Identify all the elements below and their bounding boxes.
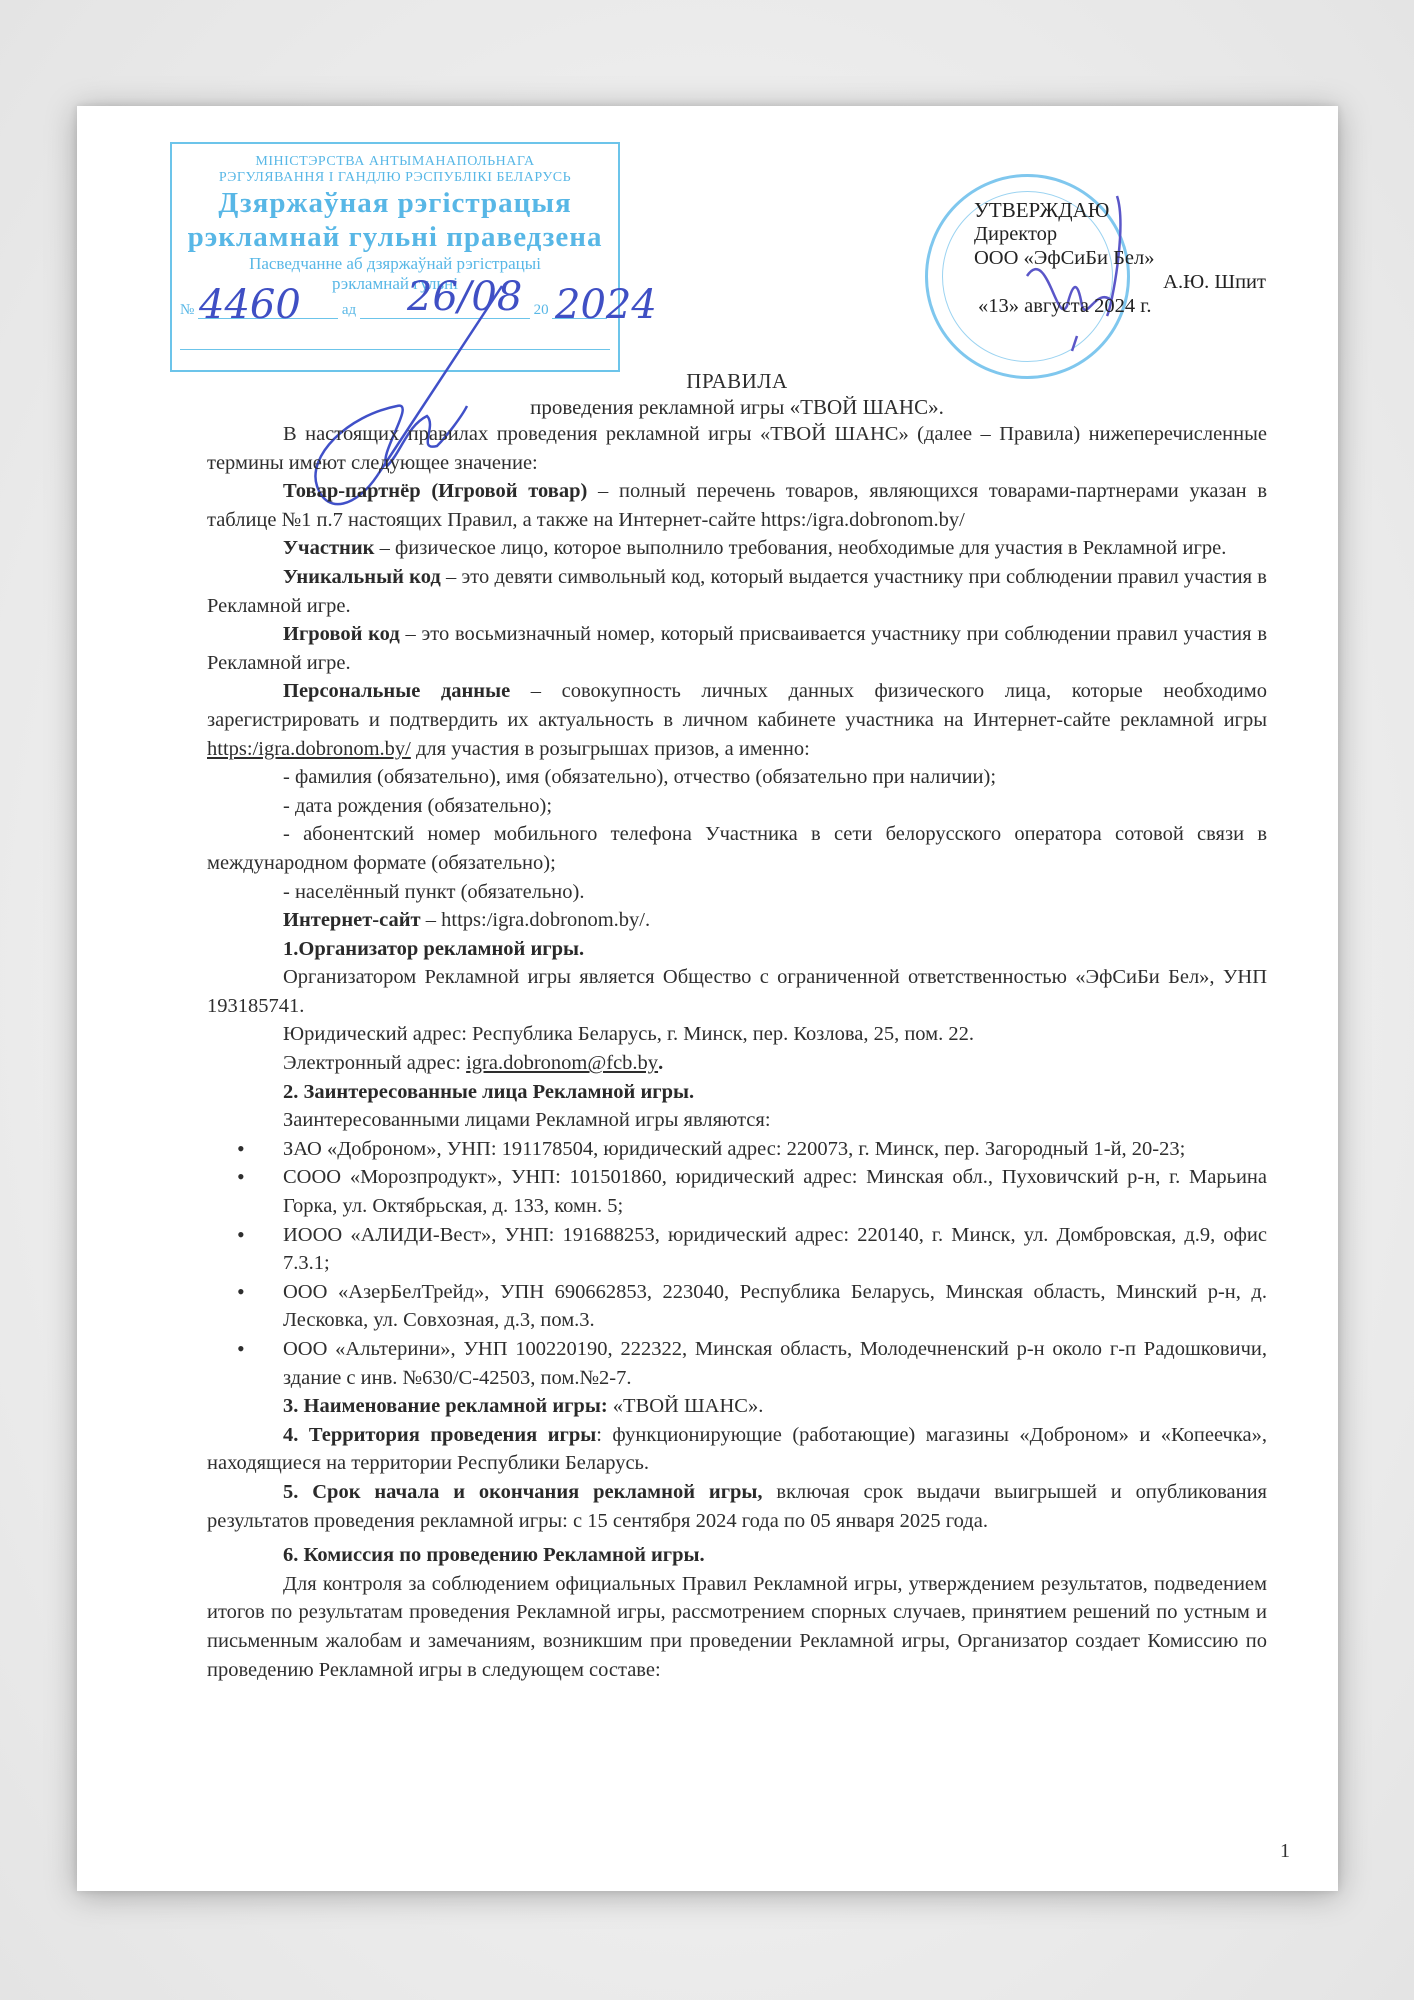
list-item: ЗАО «Доброном», УНП: 191178504, юридичес…	[283, 1135, 1267, 1164]
section6-text: Для контроля за соблюдением официальных …	[207, 1570, 1267, 1684]
document-body: ПРАВИЛА проведения рекламной игры «ТВОЙ …	[207, 106, 1267, 1684]
document-title: ПРАВИЛА	[207, 368, 1267, 394]
section2-heading: 2. Заинтересованные лица Рекламной игры.	[207, 1078, 1267, 1107]
personal-data-item: - дата рождения (обязательно);	[207, 792, 1267, 821]
personal-data-item: - населённый пункт (обязательно).	[207, 878, 1267, 907]
list-item: ООО «Альтерини», УНП 100220190, 222322, …	[283, 1335, 1267, 1392]
term-website: Интернет-сайт – https:/igra.dobronom.by/…	[207, 906, 1267, 935]
website-link[interactable]: https:/igra.dobronom.by/	[207, 738, 411, 760]
document-subtitle: проведения рекламной игры «ТВОЙ ШАНС».	[207, 394, 1267, 420]
section4: 4. Территория проведения игры: функциони…	[207, 1421, 1267, 1478]
section1-legal-address: Юридический адрес: Республика Беларусь, …	[207, 1020, 1267, 1049]
personal-data-item: - фамилия (обязательно), имя (обязательн…	[207, 763, 1267, 792]
section1-heading: 1.Организатор рекламной игры.	[207, 935, 1267, 964]
section6-heading: 6. Комиссия по проведению Рекламной игры…	[207, 1541, 1267, 1570]
list-item: ООО «АзерБелТрейд», УПН 690662853, 22304…	[283, 1278, 1267, 1335]
section1-email: Электронный адрес: igra.dobronom@fcb.by.	[207, 1049, 1267, 1078]
interested-parties-list: ЗАО «Доброном», УНП: 191178504, юридичес…	[207, 1135, 1267, 1392]
list-item: СООО «Морозпродукт», УНП: 101501860, юри…	[283, 1163, 1267, 1220]
section1-text: Организатором Рекламной игры является Об…	[207, 963, 1267, 1020]
term-participant: Участник – физическое лицо, которое выпо…	[207, 534, 1267, 563]
personal-data-item: - абонентский номер мобильного телефона …	[207, 820, 1267, 877]
term-personal-data: Персональные данные – совокупность личны…	[207, 677, 1267, 763]
list-item: ИООО «АЛИДИ-Вест», УНП: 191688253, юриди…	[283, 1221, 1267, 1278]
email-link[interactable]: igra.dobronom@fcb.by	[466, 1052, 658, 1074]
section5: 5. Срок начала и окончания рекламной игр…	[207, 1478, 1267, 1535]
term-product-partner: Товар-партнёр (Игровой товар) – полный п…	[207, 477, 1267, 534]
term-unique-code: Уникальный код – это девяти символьный к…	[207, 563, 1267, 620]
stamp-no-label: №	[180, 302, 194, 318]
section2-intro: Заинтересованными лицами Рекламной игры …	[207, 1106, 1267, 1135]
intro-paragraph: В настоящих правилах проведения рекламно…	[207, 420, 1267, 477]
document-page: МІНІСТЭРСТВА АНТЫМАНАПОЛЬНАГА РЭГУЛЯВАНН…	[77, 106, 1338, 1891]
page-number: 1	[1280, 1840, 1290, 1863]
term-game-code: Игровой код – это восьмизначный номер, к…	[207, 620, 1267, 677]
section3: 3. Наименование рекламной игры: «ТВОЙ ША…	[207, 1392, 1267, 1421]
